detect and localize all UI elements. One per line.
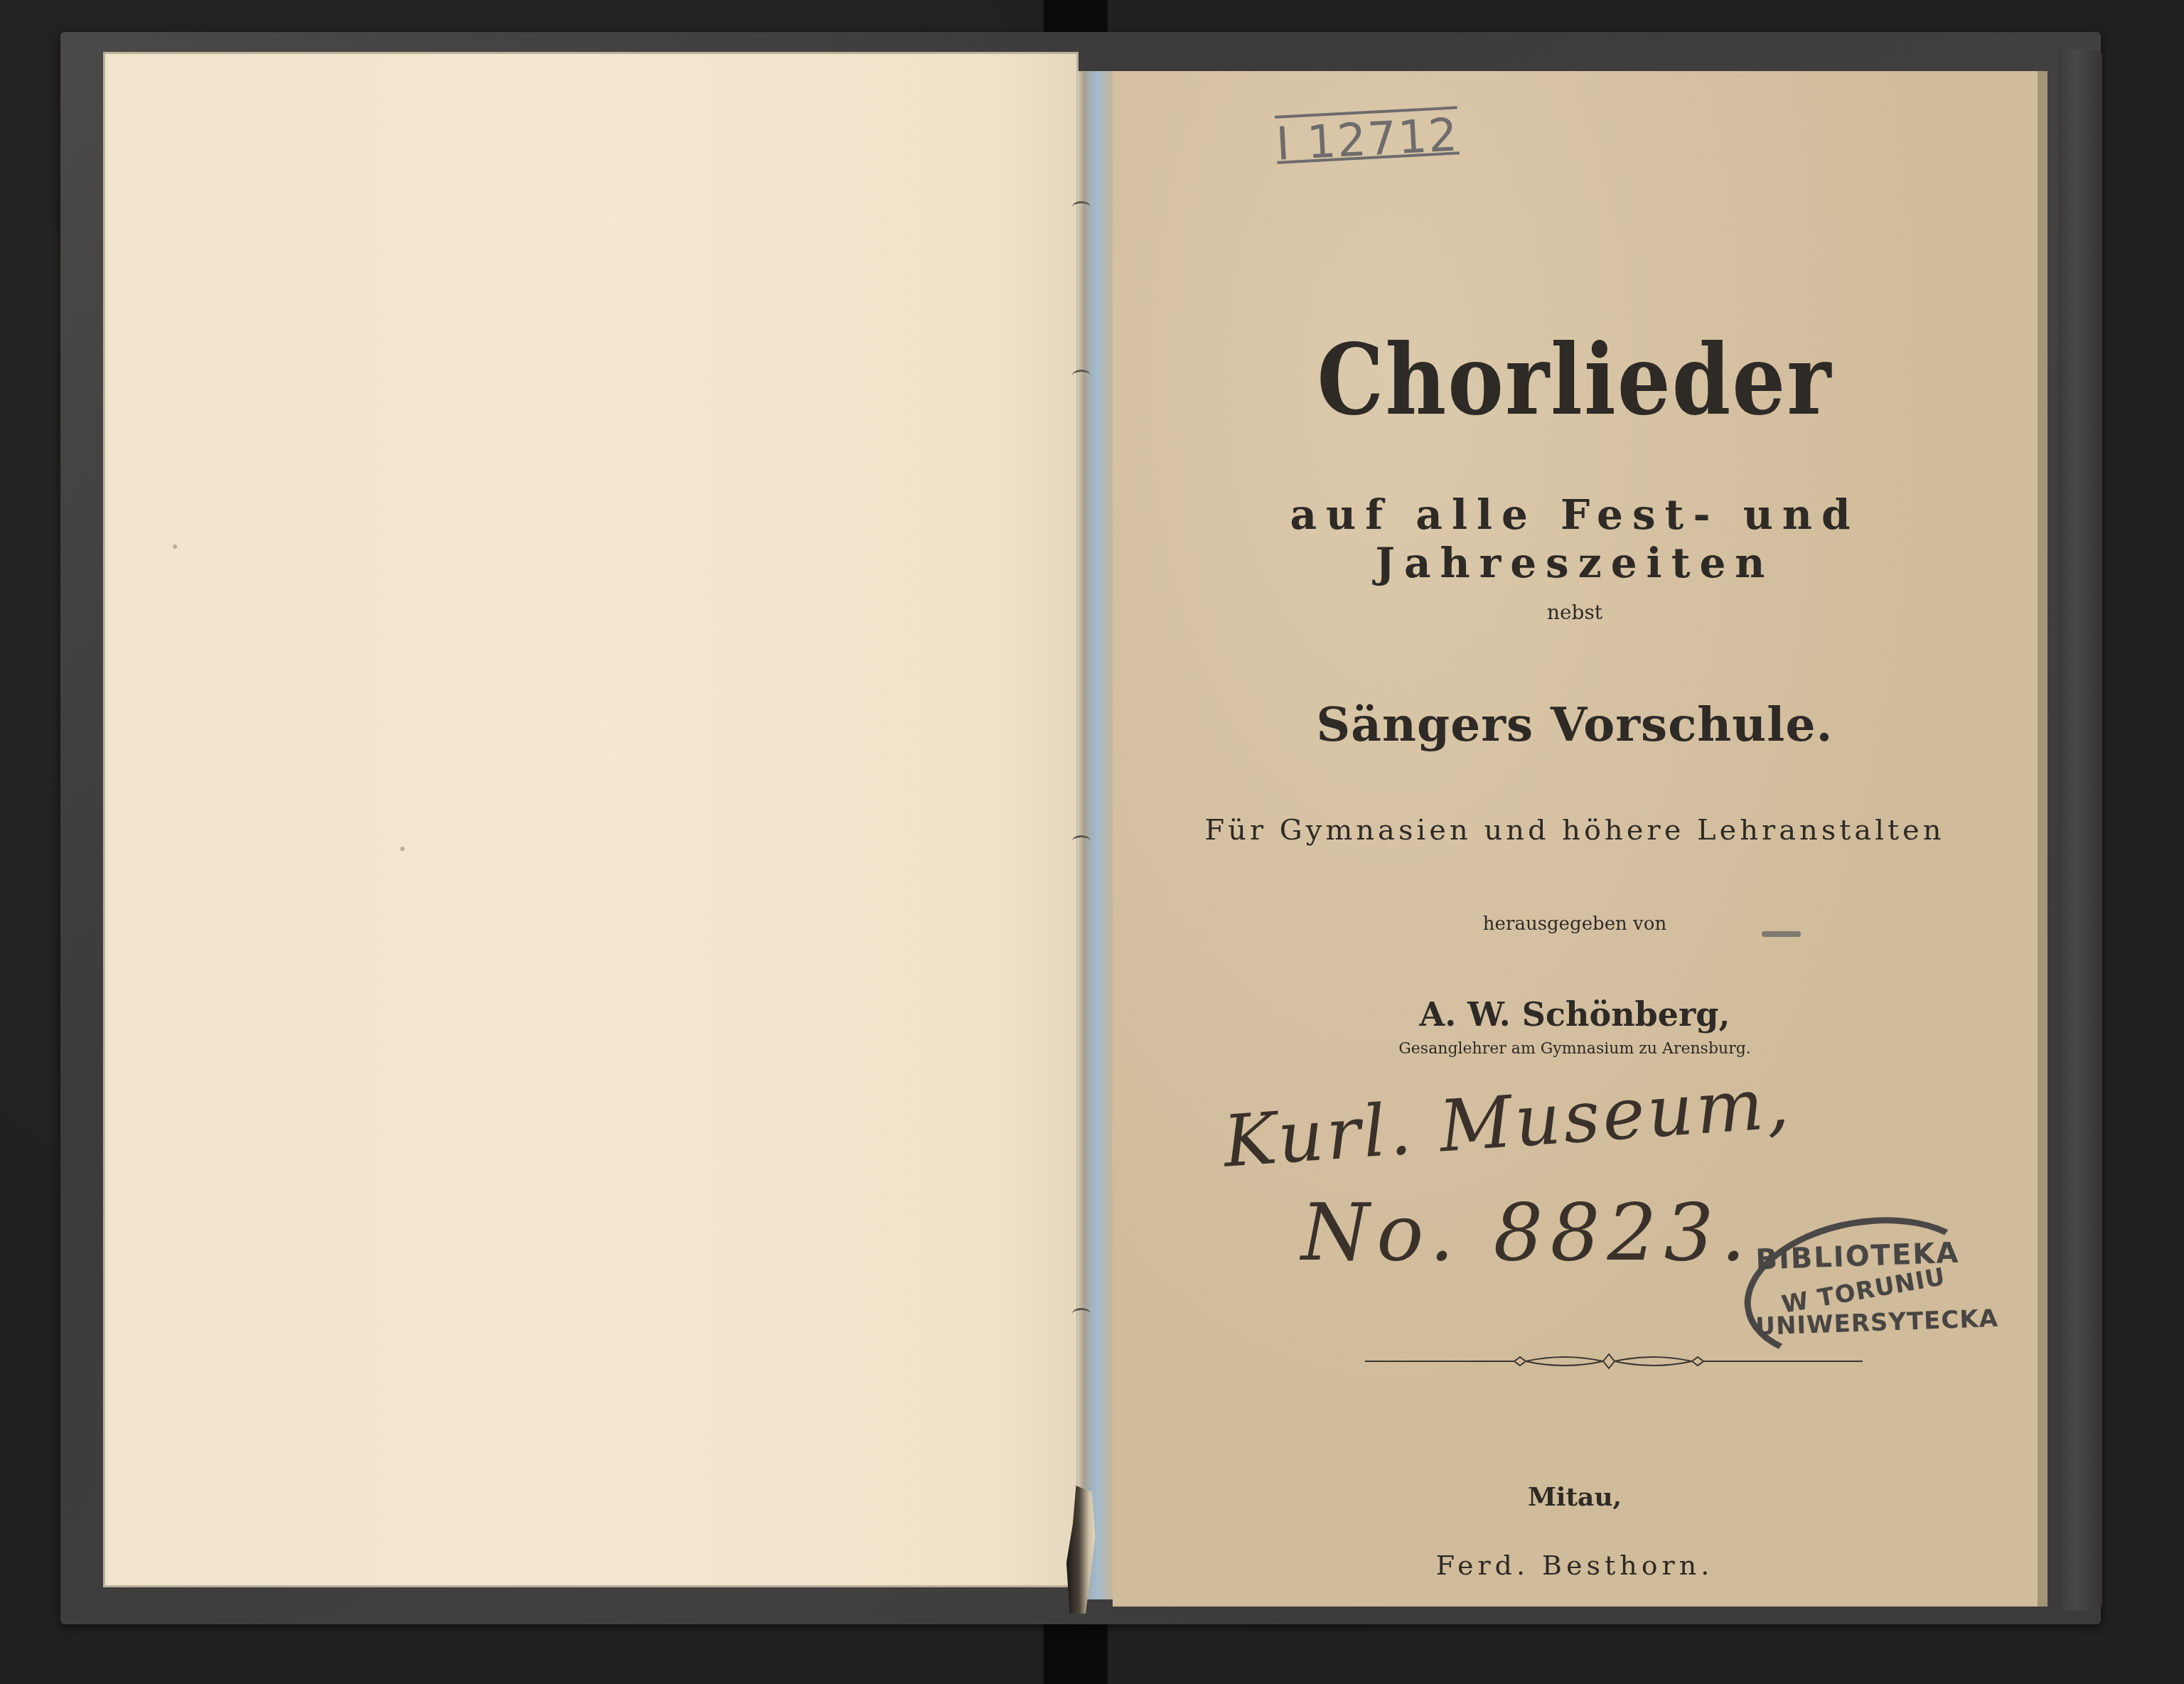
binding-stitch xyxy=(1072,370,1091,382)
paper-speck xyxy=(173,545,177,549)
connector-text: nebst xyxy=(1113,601,2037,624)
book-subtitle: auf alle Fest- und Jahreszeiten xyxy=(1113,490,2037,587)
editor-intro: herausgegeben von xyxy=(1113,913,2037,935)
binding-stitch xyxy=(1072,835,1091,847)
holder-tab-bottom xyxy=(1044,1624,1108,1684)
handwritten-inscription: Kurl. Museum, No. 8823. xyxy=(1180,1024,1820,1294)
paper-speck xyxy=(400,847,405,851)
audience-line: Für Gymnasien und höhere Lehranstalten xyxy=(1113,814,2037,847)
imprint-place: Mitau, xyxy=(1113,1482,2037,1512)
series-title: Sängers Vorschule. xyxy=(1113,697,2037,752)
inscription-line-1: Kurl. Museum, xyxy=(1221,1061,1794,1184)
inscription-line-2: No. 8823. xyxy=(1301,1187,1752,1278)
ornamental-rule-divider xyxy=(1365,1351,1863,1372)
imprint-publisher: Ferd. Besthorn. xyxy=(1113,1550,2037,1581)
title-page: Chorlieder auf alle Fest- und Jahreszeit… xyxy=(1113,71,2047,1607)
binding-stitch xyxy=(1072,1308,1091,1320)
left-flyleaf-page xyxy=(103,52,1078,1587)
pencil-dash-mark xyxy=(1762,931,1801,937)
cover-fore-edge xyxy=(2058,50,2102,1610)
book-title: Chorlieder xyxy=(1113,323,2037,437)
binding-stitch xyxy=(1072,201,1091,213)
pencil-shelfmark: I 12712 xyxy=(1275,109,1460,171)
